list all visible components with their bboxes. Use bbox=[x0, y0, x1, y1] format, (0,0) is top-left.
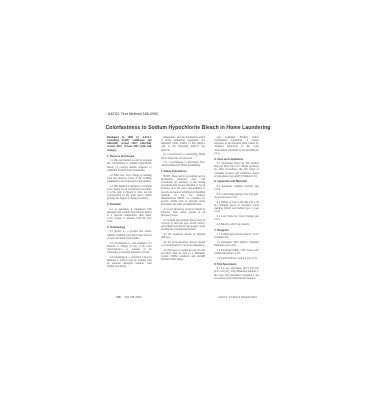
paragraph: 7.1 Sodium hypochlorite bleach, 5.25% (c… bbox=[214, 233, 259, 239]
section-heading: 8. Test Specimens bbox=[214, 263, 259, 266]
section-heading: 5. Uses and Limitations bbox=[214, 158, 259, 161]
paragraph: NOTE: These safety precautions are for i… bbox=[161, 175, 206, 207]
text-column-3: and Consumer Product Safety Commission r… bbox=[214, 136, 259, 294]
paragraph: 3.3 laundering, n.—of textiles, a proces… bbox=[107, 256, 152, 269]
footer-manual-ref: AATCC Technical Manual/2010 bbox=[218, 295, 257, 299]
document-footer: 338 TM 188-2003 AATCC Technical Manual/2… bbox=[116, 295, 257, 299]
section-heading: 3. Terminology bbox=[107, 226, 152, 229]
paragraph: temperature and the mechanical action of… bbox=[161, 136, 206, 152]
paragraph: 4.5 Exposure to chemicals used in this p… bbox=[161, 249, 206, 262]
paragraph: 61, Colorfastness to Laundering, Home an… bbox=[161, 153, 206, 159]
paragraph: 6.3 Ballast of 920 x 920 mm (36 x 36 in.… bbox=[214, 201, 259, 214]
paragraph: 6.4 Gray Scale for Color Change (see 12.… bbox=[214, 215, 259, 221]
paragraph: 1.2 Fiber loss, color change or staining… bbox=[107, 174, 152, 183]
section-heading: 2. Principle bbox=[107, 203, 152, 206]
paragraph: 6.5 Balance, with 5 kg capacity. bbox=[214, 223, 259, 226]
document-header-method-ref: AATCC Test Method 188-2003 bbox=[108, 112, 158, 116]
paragraph: 6.2 Conditioning/drying racks with pull-… bbox=[214, 193, 259, 199]
text-column-2: temperature and the mechanical action of… bbox=[161, 136, 206, 294]
paragraph: 2.1 A specimen is laundered with deterge… bbox=[107, 208, 152, 224]
section-heading: 1. Purpose and Scope bbox=[107, 155, 152, 158]
section-heading: 7. Reagents bbox=[214, 229, 259, 232]
paragraph: 7.2 Detergent, 1993 AATCC Standard Refer… bbox=[214, 241, 259, 247]
paragraph: 1.3 This method is designed to evaluate … bbox=[107, 185, 152, 201]
footer-page-ref: 338 TM 188-2003 bbox=[116, 295, 141, 299]
paragraph: 5.1 Specimens tested by this method may … bbox=[214, 162, 259, 178]
paragraph: 172, Colorfastness to Powdered Non-Chlor… bbox=[161, 161, 206, 167]
paragraph: and Consumer Product Safety Commission r… bbox=[214, 136, 259, 155]
development-statement: Developed in 1998 by AATCC Committee RA8… bbox=[107, 136, 152, 152]
paragraph: 7.3 Potassium iodide, 1.0N; acetic acid;… bbox=[214, 249, 259, 255]
paragraph: 4.1 Good laboratory practices should be … bbox=[161, 208, 206, 217]
section-heading: 6. Apparatus and Materials bbox=[214, 180, 259, 183]
paragraph: 4.4 An eyewash/safety shower should be l… bbox=[161, 241, 206, 247]
paragraph: 6.1 Automatic washing machine (see 12.2)… bbox=[214, 185, 259, 191]
paragraph: 4.3 All chemicals should be handled with… bbox=[161, 233, 206, 239]
paragraph: 1.1 This test method is used to evaluate… bbox=[107, 159, 152, 172]
paragraph: 3.2 colorfastness, n.—the resistance of … bbox=[107, 242, 152, 255]
paragraph: 7.4 Starch indicator solution (see 12.7)… bbox=[214, 257, 259, 260]
document-body: Developed in 1998 by AATCC Committee RA8… bbox=[107, 136, 259, 294]
footer-method-ref: TM 188-2003 bbox=[125, 295, 142, 299]
footer-page-number: 338 bbox=[116, 295, 121, 299]
document-title: Colorfastness to Sodium Hypochlorite Ble… bbox=[98, 125, 278, 131]
text-column-1: Developed in 1998 by AATCC Committee RA8… bbox=[107, 136, 152, 294]
paragraph: 3.1 bleach, n.—a product that cleans, wh… bbox=[107, 230, 152, 239]
section-heading: 4. Safety Precautions bbox=[161, 170, 206, 173]
document-page: AATCC Test Method 188-2003 Colorfastness… bbox=[0, 0, 368, 420]
paragraph: 8.1 Cut two specimens 100 x 150 mm (4.0 … bbox=[214, 267, 259, 280]
paragraph: 4.2 Sodium hypochlorite bleach may be co… bbox=[161, 219, 206, 232]
